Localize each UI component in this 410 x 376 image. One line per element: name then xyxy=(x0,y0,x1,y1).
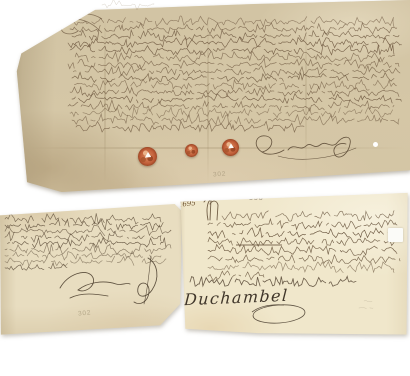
parchment-letter: 302 xyxy=(0,0,410,198)
signature-flourish xyxy=(52,254,170,310)
faint-pencil-mark xyxy=(358,298,376,312)
manuscript-script-block xyxy=(206,210,406,284)
pencil-lot-number: 353 xyxy=(249,195,264,202)
wax-seal xyxy=(138,147,157,166)
pencil-lot-number: 302 xyxy=(78,309,92,317)
signed-receipt-surface: 1695 353 Duchambel xyxy=(176,190,410,336)
wax-seal xyxy=(222,139,239,156)
manuscripts-photo: 302 302 1695 353 xyxy=(0,0,410,376)
white-label-patch xyxy=(388,228,403,242)
manuscript-note-surface: 302 xyxy=(0,202,182,336)
parchment-hole xyxy=(373,142,378,147)
manuscript-script-block xyxy=(64,15,408,137)
wax-seal xyxy=(185,144,198,157)
faint-top-inscription xyxy=(220,192,280,200)
signed-receipt: 1695 353 Duchambel xyxy=(176,190,410,336)
signature-flourish xyxy=(248,126,368,170)
year-annotation: 1695 xyxy=(178,199,197,209)
manuscript-note: 302 xyxy=(0,202,182,336)
seal-hole-glint xyxy=(228,143,234,148)
parchment-letter-surface: 302 xyxy=(0,0,410,198)
seal-hole-glint xyxy=(145,152,151,158)
pencil-lot-number: 302 xyxy=(213,171,227,179)
top-edge-annotation xyxy=(100,0,158,9)
signature-paraph-oval xyxy=(250,302,308,326)
